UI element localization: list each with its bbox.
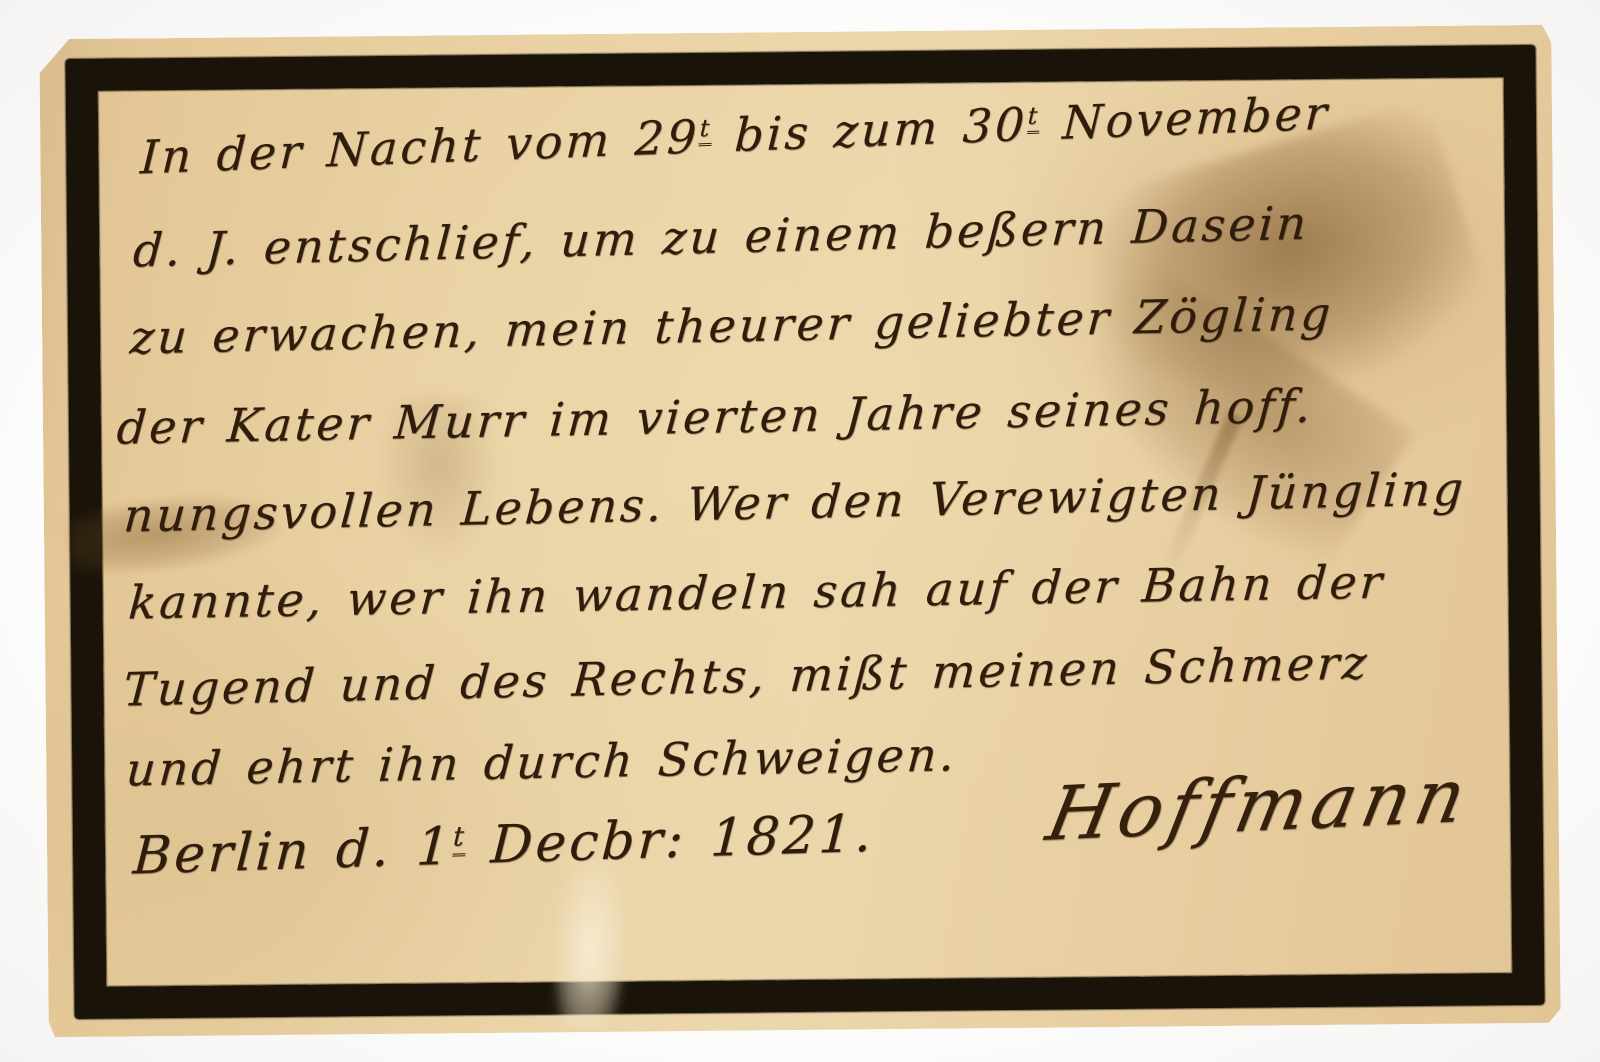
- mourning-card: In der Nacht vom 29t bis zum 30t Novembe…: [39, 25, 1561, 1037]
- handwritten-text: In der Nacht vom 29t bis zum 30t Novembe…: [39, 25, 1551, 40]
- photo-backdrop: In der Nacht vom 29t bis zum 30t Novembe…: [0, 0, 1600, 1062]
